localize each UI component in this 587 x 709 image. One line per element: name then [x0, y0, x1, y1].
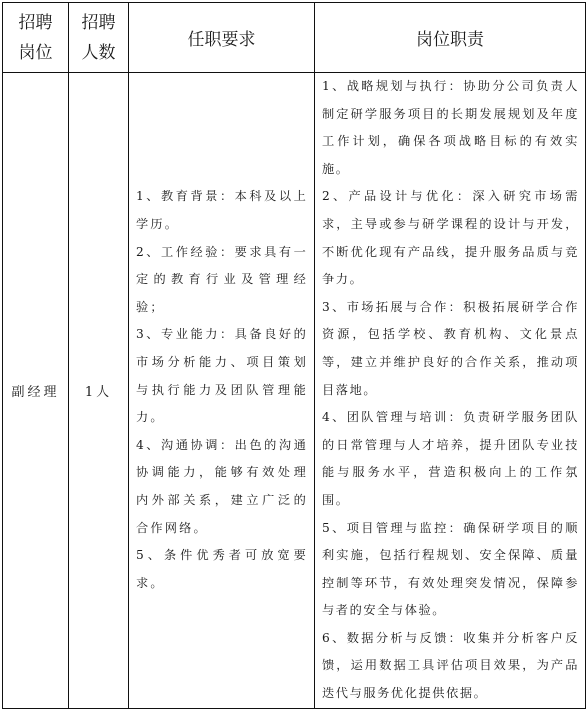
table-row: 副经理 1人 1、教育背景：本科及以上学历。 2、工作经验：要求具有一定的教育行… [3, 73, 586, 647]
duty-item: 5、项目管理与监控：确保研学项目的顺利实施，包括行程规划、安全保障、质量控制等环… [322, 515, 579, 625]
cell-position: 副经理 [3, 73, 69, 647]
header-duties: 岗位职责 [315, 3, 586, 73]
cell-count: 1人 [69, 73, 129, 647]
duty-item: 1、战略规划与执行：协助分公司负责人制定研学服务项目的长期发展规划及年度工作计划… [322, 73, 579, 183]
cell-duties: 1、战略规划与执行：协助分公司负责人制定研学服务项目的长期发展规划及年度工作计划… [315, 73, 586, 647]
cell-requirements: 1、教育背景：本科及以上学历。 2、工作经验：要求具有一定的教育行业及管理经验；… [129, 73, 315, 647]
header-position-line1: 招聘 [19, 13, 53, 33]
requirement-item: 3、专业能力：具备良好的市场分析能力、项目策划与执行能力及团队管理能力。 [136, 321, 308, 431]
header-requirements: 任职要求 [129, 3, 315, 73]
header-count-line1: 招聘 [82, 13, 116, 33]
recruitment-table: 招聘 岗位 招聘 人数 任职要求 岗位职责 副经理 1人 1、教育背景：本科及以… [2, 2, 586, 646]
header-count: 招聘 人数 [69, 3, 129, 73]
header-position-line2: 岗位 [19, 43, 53, 63]
header-row: 招聘 岗位 招聘 人数 任职要求 岗位职责 [3, 3, 586, 73]
requirement-item: 5、条件优秀者可放宽要求。 [136, 542, 308, 597]
duty-item: 2、产品设计与优化：深入研究市场需求，主导或参与研学课程的设计与开发，不断优化现… [322, 183, 579, 293]
header-count-line2: 人数 [82, 43, 116, 63]
requirement-item: 1、教育背景：本科及以上学历。 [136, 183, 308, 238]
duty-item: 6、数据分析与反馈：收集并分析客户反馈，运用数据工具评估项目效果，为产品迭代与服… [322, 625, 579, 646]
duty-item: 4、团队管理与培训：负责研学服务团队的日常管理与人才培养，提升团队专业技能与服务… [322, 404, 579, 514]
header-position: 招聘 岗位 [3, 3, 69, 73]
requirement-item: 4、沟通协调：出色的沟通协调能力，能够有效处理内外部关系，建立广泛的合作网络。 [136, 432, 308, 542]
requirement-item: 2、工作经验：要求具有一定的教育行业及管理经验； [136, 239, 308, 322]
duty-item: 3、市场拓展与合作：积极拓展研学合作资源，包括学校、教育机构、文化景点等，建立并… [322, 294, 579, 404]
